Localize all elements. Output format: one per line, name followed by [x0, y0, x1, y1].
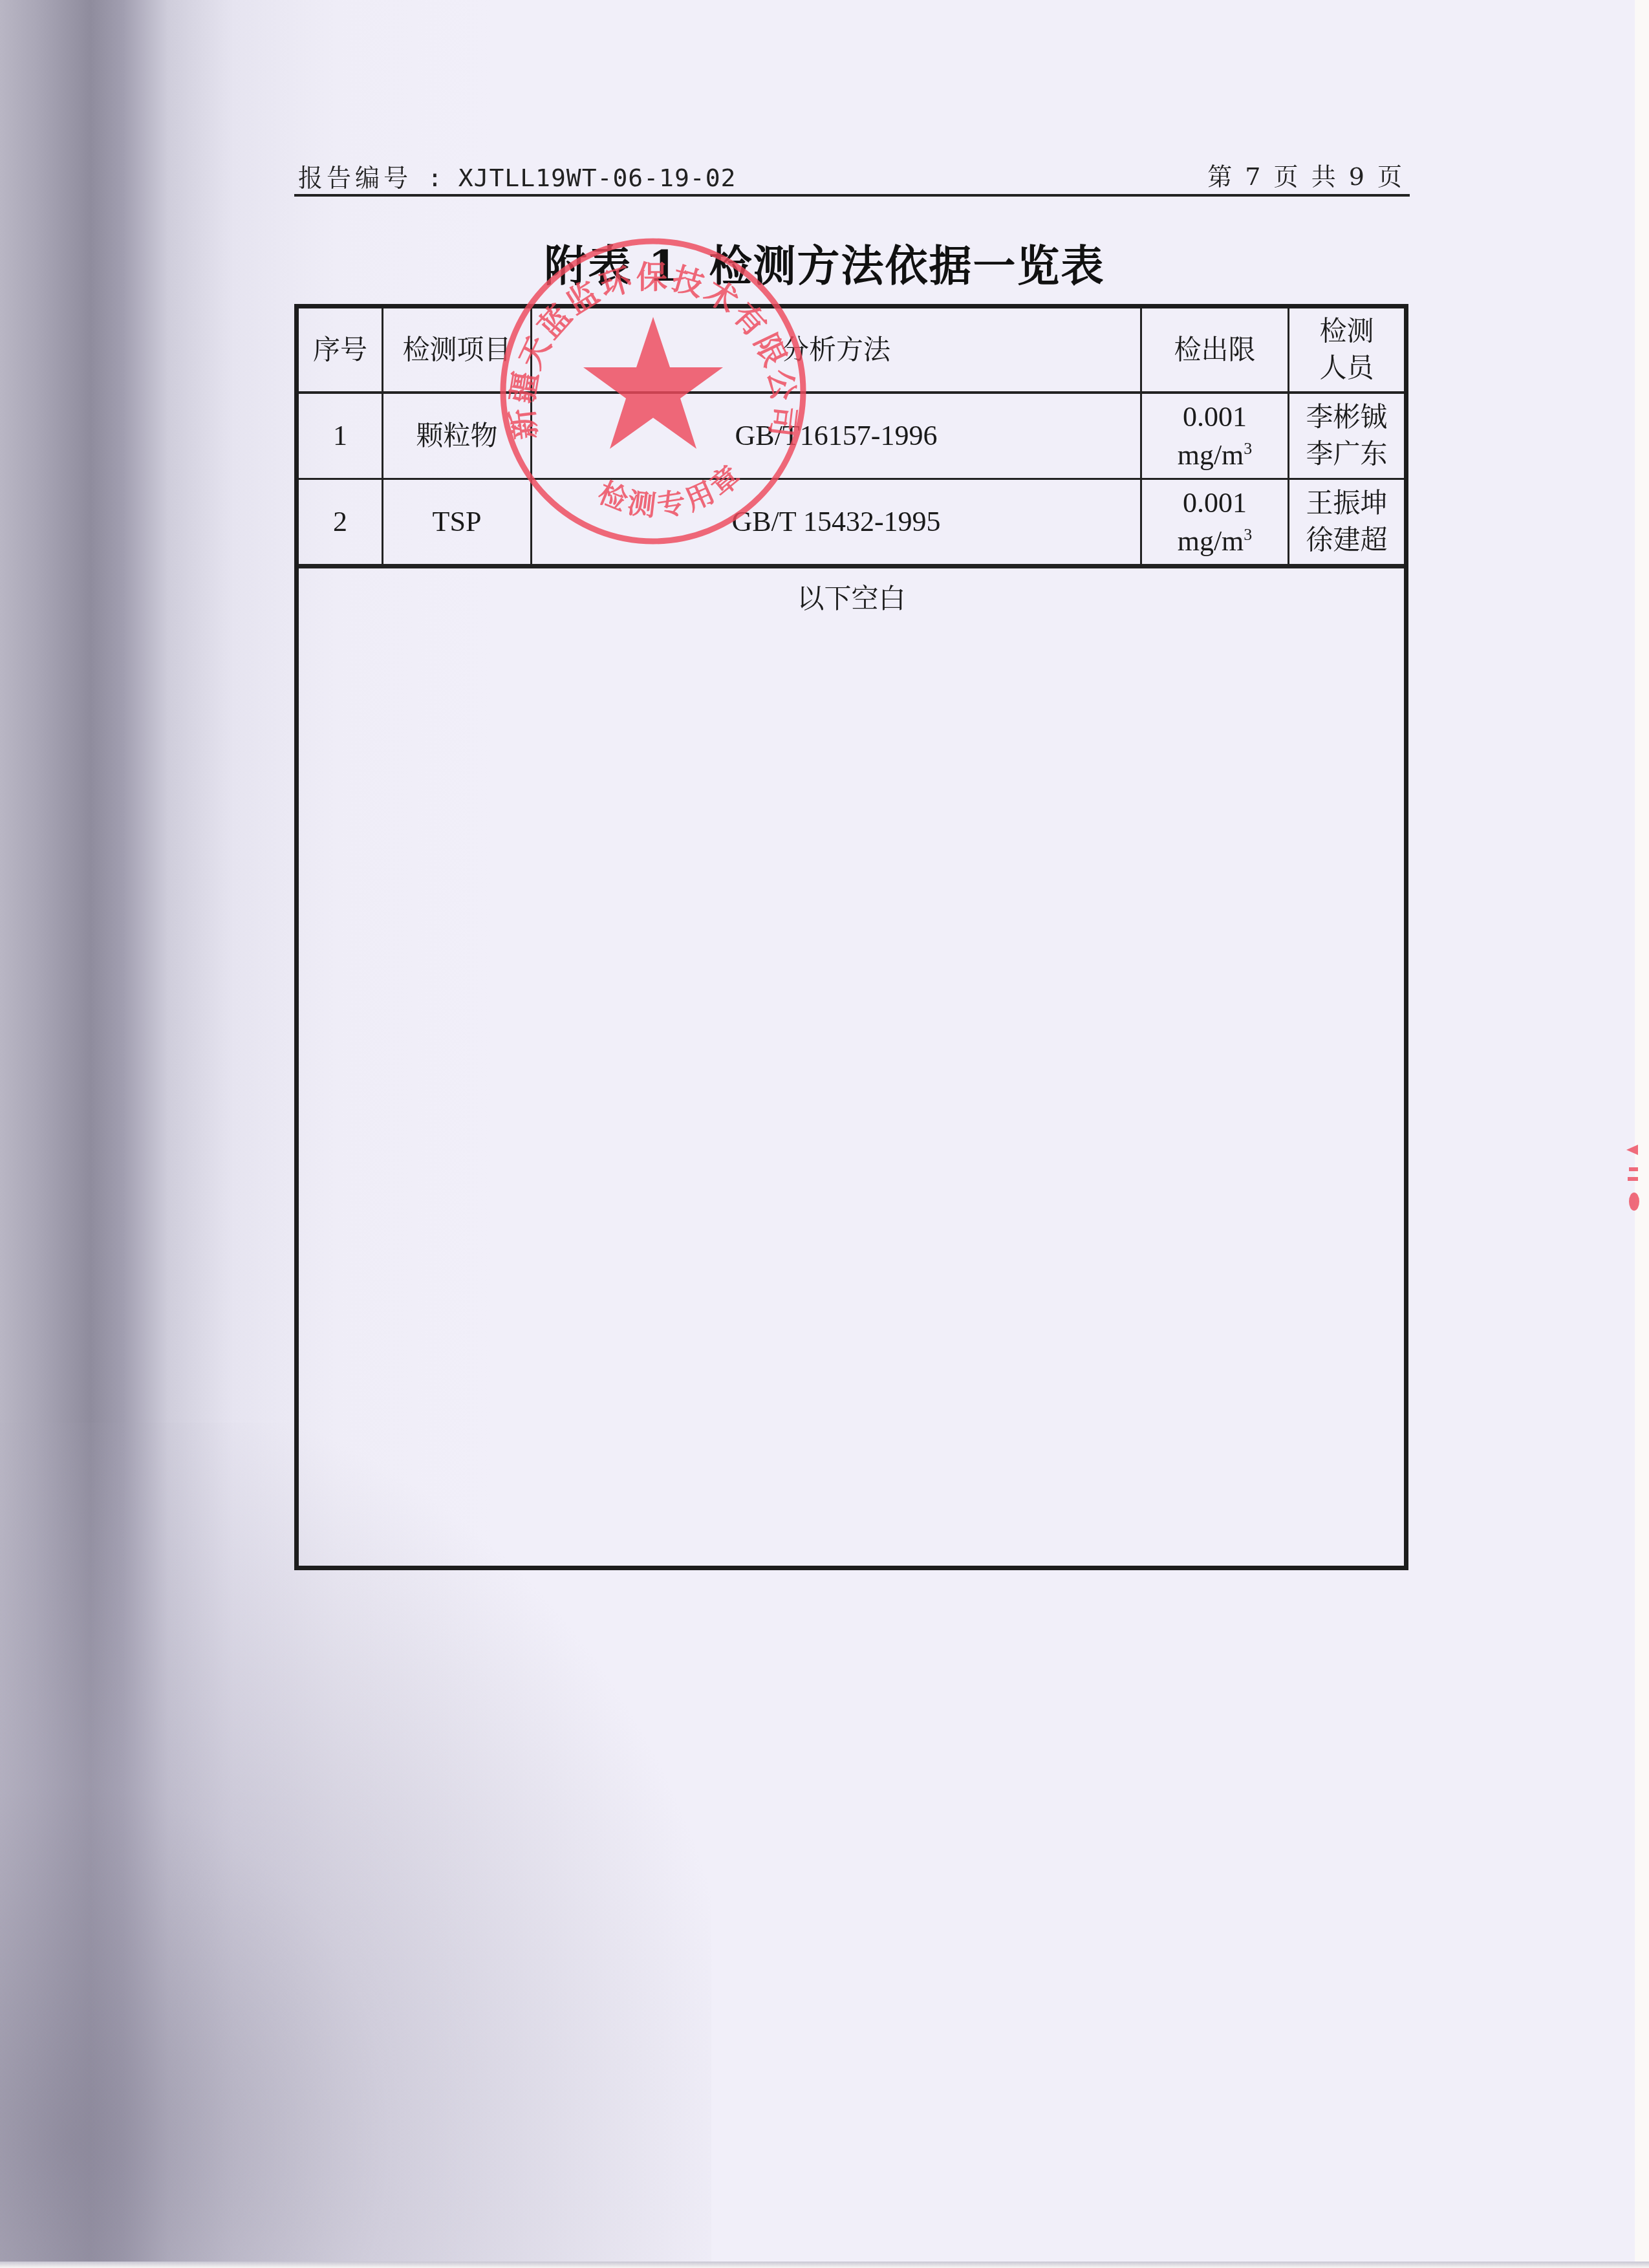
report-header: 报告编号 : XJTLL19WT-06-19-02 第 7 页 共 9 页 — [294, 154, 1410, 197]
header-staff-line1: 检测 — [1289, 313, 1404, 350]
cell-item: 颗粒物 — [383, 393, 532, 479]
header-staff-line2: 人员 — [1289, 350, 1404, 387]
staff-name: 徐建超 — [1289, 522, 1404, 559]
limit-unit-exponent: 3 — [1244, 525, 1252, 544]
header-item: 检测项目 — [383, 308, 532, 393]
header-staff: 检测 人员 — [1289, 308, 1405, 393]
cell-no: 2 — [299, 479, 383, 565]
page-bottom-edge — [0, 2262, 1649, 2268]
limit-unit-base: mg/m — [1178, 439, 1244, 471]
limit-unit: mg/m3 — [1142, 522, 1288, 560]
report-number-label: 报告编号 — [298, 164, 412, 192]
table-row: 1 颗粒物 GB/T16157-1996 0.001 mg/m3 李彬铖李广东 — [299, 393, 1404, 479]
cell-limit: 0.001 mg/m3 — [1141, 479, 1289, 565]
page-title: 附表 1检测方法依据一览表 — [0, 232, 1649, 293]
cell-staff: 王振坤徐建超 — [1289, 479, 1405, 565]
seal-fragment-icon — [1620, 1132, 1639, 1216]
staff-name: 王振坤 — [1289, 485, 1404, 522]
blank-below-note: 以下空白 — [299, 566, 1404, 616]
method-table: 序号 检测项目 分析方法 检出限 检测 人员 1 颗粒物 GB/T16157-1… — [294, 304, 1408, 1570]
cell-limit: 0.001 mg/m3 — [1141, 393, 1289, 479]
cell-item: TSP — [383, 479, 532, 565]
limit-value: 0.001 — [1142, 484, 1288, 522]
limit-value: 0.001 — [1142, 398, 1288, 436]
header-limit: 检出限 — [1141, 308, 1289, 393]
report-number-value: XJTLL19WT-06-19-02 — [458, 164, 737, 192]
table-row: 2 TSP GB/T 15432-1995 0.001 mg/m3 王振坤徐建超 — [299, 479, 1404, 565]
table-header-row: 序号 检测项目 分析方法 检出限 检测 人员 — [299, 308, 1404, 393]
table-body: 1 颗粒物 GB/T16157-1996 0.001 mg/m3 李彬铖李广东 … — [299, 393, 1404, 565]
method-grid: 序号 检测项目 分析方法 检出限 检测 人员 1 颗粒物 GB/T16157-1… — [299, 308, 1404, 566]
limit-unit-exponent: 3 — [1244, 439, 1252, 458]
title-prefix: 附表 1 — [544, 241, 680, 291]
limit-unit-base: mg/m — [1178, 525, 1244, 557]
page-indicator: 第 7 页 共 9 页 — [1207, 157, 1402, 192]
limit-unit: mg/m3 — [1142, 436, 1288, 474]
report-number-separator: : — [412, 164, 458, 192]
staff-name: 李彬铖 — [1289, 399, 1404, 436]
header-no: 序号 — [299, 308, 383, 393]
cell-staff: 李彬铖李广东 — [1289, 393, 1405, 479]
header-method: 分析方法 — [532, 308, 1141, 393]
cell-method: GB/T 15432-1995 — [532, 479, 1141, 565]
report-number: 报告编号 : XJTLL19WT-06-19-02 — [298, 158, 736, 193]
cell-no: 1 — [299, 393, 383, 479]
title-text: 检测方法依据一览表 — [709, 241, 1105, 291]
cell-method: GB/T16157-1996 — [532, 393, 1141, 479]
staff-name: 李广东 — [1289, 436, 1404, 473]
